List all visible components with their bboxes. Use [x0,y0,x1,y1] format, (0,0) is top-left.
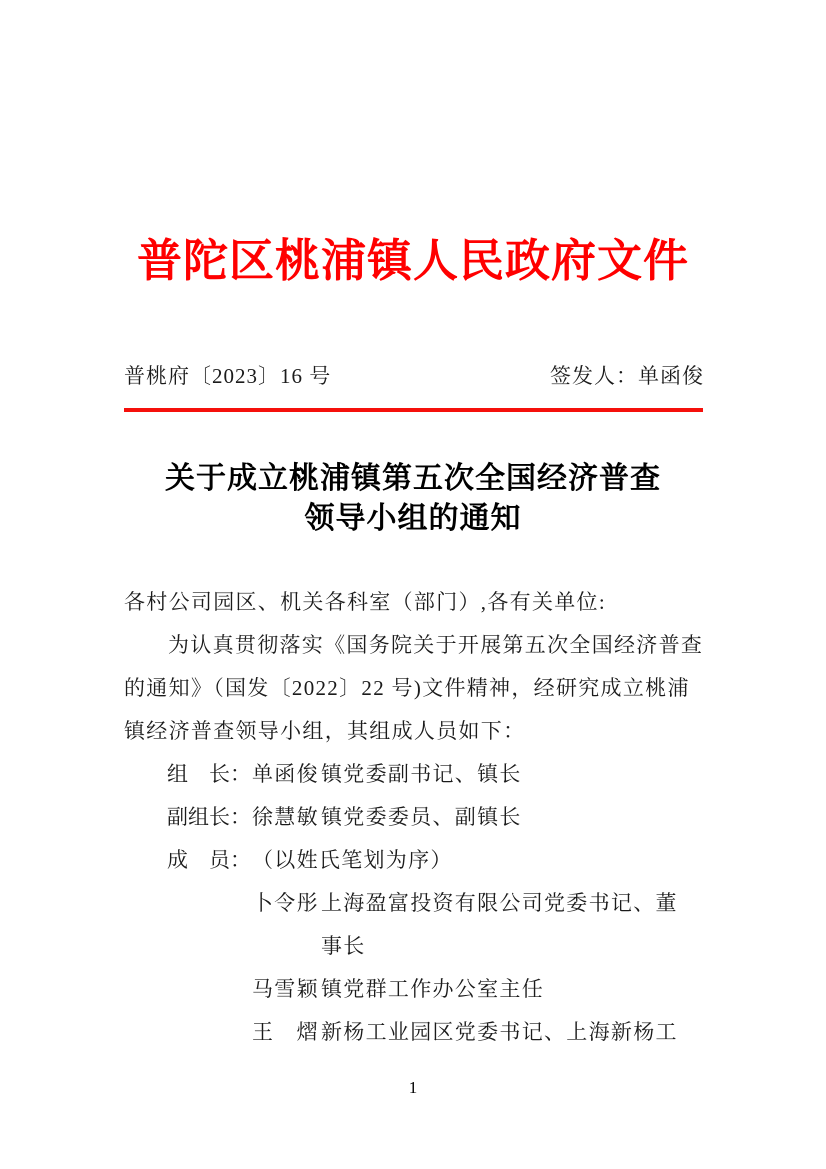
document-body: 各村公司园区、机关各科室（部门）,各有关单位: 为认真贯彻落实《国务院关于开展第… [124,581,706,1054]
signer-name: 单函俊 [638,364,704,388]
member-name: 王 熠 [252,1011,321,1054]
roster-label: 组 长： [167,753,252,796]
member-desc: 上海盈富投资有限公司党委书记、董 事长 [321,882,706,968]
roster-row-members: 成 员： （以姓氏笔划为序） [124,839,706,882]
member-name: 卜令彤 [252,882,321,968]
member-desc-line: 新杨工业园区党委书记、上海新杨工 [321,1011,706,1054]
roster-indent [124,796,167,839]
member-row: 马雪颖 镇党群工作办公室主任 [124,968,706,1011]
doc-info-row: 普桃府〔2023〕16 号 签发人：单函俊 [124,362,704,390]
page-number: 1 [0,1077,826,1099]
roster-name: 徐慧敏 [252,796,321,839]
roster-note: （以姓氏笔划为序） [252,839,706,882]
roster-indent [124,839,167,882]
member-desc-line: 镇党群工作办公室主任 [321,968,706,1011]
document-title-line-2: 领导小组的通知 [0,499,826,539]
roster-indent [124,753,167,796]
roster-label: 副组长： [167,796,252,839]
paragraph-line: 为认真贯彻落实《国务院关于开展第五次全国经济普查 [124,624,706,667]
signer: 签发人：单函俊 [550,362,704,390]
agency-header-title: 普陀区桃浦镇人民政府文件 [0,224,826,289]
roster-desc: 镇党委副书记、镇长 [321,753,706,796]
member-desc-line: 事长 [321,925,706,968]
member-desc: 新杨工业园区党委书记、上海新杨工 [321,1011,706,1054]
roster-desc: 镇党委委员、副镇长 [321,796,706,839]
paragraph-line: 的通知》（国发〔2022〕22 号)文件精神，经研究成立桃浦 [124,667,706,710]
salutation-line: 各村公司园区、机关各科室（部门）,各有关单位: [124,581,706,624]
document-title: 关于成立桃浦镇第五次全国经济普查 领导小组的通知 [0,459,826,539]
roster-row-leader: 组 长： 单函俊 镇党委副书记、镇长 [124,753,706,796]
paragraph-line: 镇经济普查领导小组，其组成人员如下： [124,710,706,753]
member-row: 卜令彤 上海盈富投资有限公司党委书记、董 事长 [124,882,706,968]
roster-label: 成 员： [167,839,252,882]
roster-name: 单函俊 [252,753,321,796]
member-row: 王 熠 新杨工业园区党委书记、上海新杨工 [124,1011,706,1054]
roster-row-deputy-leader: 副组长： 徐慧敏 镇党委委员、副镇长 [124,796,706,839]
signer-label: 签发人： [550,364,638,388]
document-page: 普陀区桃浦镇人民政府文件 普桃府〔2023〕16 号 签发人：单函俊 关于成立桃… [0,0,826,1169]
document-title-line-1: 关于成立桃浦镇第五次全国经济普查 [0,459,826,499]
red-divider-line [124,408,703,412]
member-indent [124,882,252,968]
member-indent [124,968,252,1011]
member-desc: 镇党群工作办公室主任 [321,968,706,1011]
member-name: 马雪颖 [252,968,321,1011]
doc-number: 普桃府〔2023〕16 号 [124,362,331,390]
member-indent [124,1011,252,1054]
member-desc-line: 上海盈富投资有限公司党委书记、董 [321,882,706,925]
